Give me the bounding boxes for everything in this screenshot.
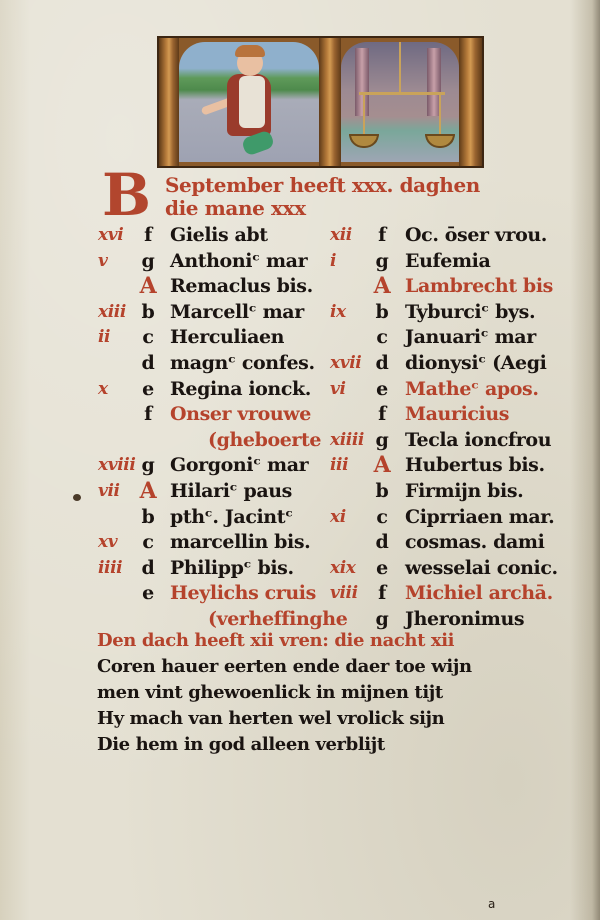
middle-pillar	[319, 38, 341, 166]
dominical-letter: e	[138, 582, 158, 604]
dominical-letter: d	[372, 531, 392, 553]
verse-line: Die hem in god alleen verblijt	[97, 734, 385, 756]
saint-feast-name: Tyburciᶜ bys.	[405, 301, 535, 323]
dominical-letter: d	[138, 557, 158, 579]
saint-feast-name: Lambrecht bis	[405, 275, 553, 297]
scale-pan-right	[425, 134, 455, 148]
saint-feast-name: magnᶜ confes.	[170, 352, 315, 374]
scale-chain	[439, 94, 441, 136]
dominical-letter: e	[372, 378, 392, 400]
dominical-letter: g	[372, 429, 392, 451]
golden-number: xv	[98, 531, 138, 553]
saint-feast-name: Philippᶜ bis.	[170, 557, 294, 579]
sower-apron	[239, 76, 265, 128]
dominical-letter: b	[372, 480, 392, 502]
saint-feast-name: Mauricius	[405, 403, 509, 425]
saint-feast-name: Tecla ioncfrou	[405, 429, 551, 451]
golden-number: xviii	[98, 454, 138, 476]
moon-heading: die mane xxx	[165, 197, 306, 219]
golden-number: iiii	[98, 557, 138, 579]
golden-number: xi	[330, 506, 370, 528]
saint-feast-name: Ciprriaen mar.	[405, 506, 554, 528]
saint-feast-name: Firmijn bis.	[405, 480, 523, 502]
dominical-letter: g	[372, 608, 392, 630]
dominical-letter: d	[138, 352, 158, 374]
golden-number: ix	[330, 301, 370, 323]
saint-feast-name: Herculiaen	[170, 326, 284, 348]
saint-feast-name: Marcellᶜ mar	[170, 301, 304, 323]
decorated-initial: B	[102, 168, 166, 222]
scale-hanger	[399, 42, 401, 94]
verse-line: Hy mach van herten wel vrolick sijn	[97, 708, 444, 730]
dominical-letter: g	[372, 250, 392, 272]
saint-feast-name: Heylichs cruis	[170, 582, 316, 604]
dominical-letter: c	[138, 531, 158, 553]
golden-number: vii	[98, 480, 138, 502]
saint-feast-name: Gielis abt	[170, 224, 268, 246]
dominical-letter: e	[372, 557, 392, 579]
dominical-letter: f	[372, 403, 392, 425]
saint-feast-name: Matheᶜ apos.	[405, 378, 539, 400]
saint-feast-name: Oc. ōser vrou.	[405, 224, 547, 246]
column	[355, 48, 369, 116]
libra-scales-scene	[341, 42, 459, 162]
verse-line: Coren hauer eerten ende daer toe wijn	[97, 656, 472, 678]
right-pillar	[459, 38, 482, 166]
saint-feast-name: Gorgoniᶜ mar	[170, 454, 308, 476]
dominical-letter: e	[138, 378, 158, 400]
sower-scene	[179, 42, 319, 162]
saint-feast-name: Anthoniᶜ mar	[170, 250, 307, 272]
dominical-letter: f	[372, 582, 392, 604]
golden-number: xii	[330, 224, 370, 246]
verse-line: men vint ghewoenlick in mijnen tijt	[97, 682, 443, 704]
golden-number: i	[330, 250, 370, 272]
golden-number: xix	[330, 557, 370, 579]
golden-number: xiiii	[330, 429, 370, 451]
month-heading: September heeft xxx. daghen	[165, 174, 480, 196]
signature-mark: a	[488, 897, 495, 911]
saint-feast-name: Regina ionck.	[170, 378, 311, 400]
dominical-letter: f	[138, 224, 158, 246]
scale-beam-icon	[359, 92, 445, 95]
saint-feast-name: pthᶜ. Jacintᶜ	[170, 506, 293, 528]
golden-number: iii	[330, 454, 370, 476]
dominical-letter: A	[372, 454, 392, 476]
saint-feast-name: Michiel archā.	[405, 582, 553, 604]
dominical-letter: g	[138, 454, 158, 476]
dominical-letter: A	[138, 480, 158, 502]
saint-feast-name: marcellin bis.	[170, 531, 310, 553]
saint-feast-name: Jheronimus	[405, 608, 524, 630]
dominical-letter: f	[138, 403, 158, 425]
dominical-letter: c	[138, 326, 158, 348]
saint-feast-name: wesselai conic.	[405, 557, 558, 579]
miniature-illustration	[157, 36, 484, 168]
saint-feast-name: Januariᶜ mar	[405, 326, 536, 348]
golden-number: v	[98, 250, 138, 272]
saint-feast-name: dionysiᶜ (Aegi	[405, 352, 546, 374]
dominical-letter: b	[138, 506, 158, 528]
day-night-rubric: Den dach heeft xii vren: die nacht xii	[97, 630, 454, 652]
dominical-letter: c	[372, 506, 392, 528]
ink-spot	[73, 494, 81, 501]
dominical-letter: A	[138, 275, 158, 297]
scale-pan-left	[349, 134, 379, 148]
golden-number: viii	[330, 582, 370, 604]
manuscript-page: B September heeft xxx. daghen die mane x…	[0, 0, 600, 920]
dominical-letter: b	[372, 301, 392, 323]
golden-number: xvii	[330, 352, 370, 374]
golden-number: ii	[98, 326, 138, 348]
dominical-letter: d	[372, 352, 392, 374]
saint-feast-name: Hilariᶜ paus	[170, 480, 292, 502]
dominical-letter: f	[372, 224, 392, 246]
saint-feast-name: Onser vrouwe	[170, 403, 311, 425]
golden-number: vi	[330, 378, 370, 400]
saint-feast-name: Eufemia	[405, 250, 490, 272]
saint-feast-name: (verheffinghe	[208, 608, 347, 630]
dominical-letter: A	[372, 275, 392, 297]
dominical-letter: g	[138, 250, 158, 272]
golden-number: xiii	[98, 301, 138, 323]
saint-feast-name: cosmas. dami	[405, 531, 544, 553]
saint-feast-name: (gheboerte	[208, 429, 321, 451]
scale-chain	[363, 94, 365, 136]
golden-number: xvi	[98, 224, 138, 246]
dominical-letter: c	[372, 326, 392, 348]
saint-feast-name: Remaclus bis.	[170, 275, 313, 297]
sower-hat	[235, 45, 265, 57]
golden-number: x	[98, 378, 138, 400]
saint-feast-name: Hubertus bis.	[405, 454, 545, 476]
dominical-letter: b	[138, 301, 158, 323]
left-pillar	[159, 38, 179, 166]
